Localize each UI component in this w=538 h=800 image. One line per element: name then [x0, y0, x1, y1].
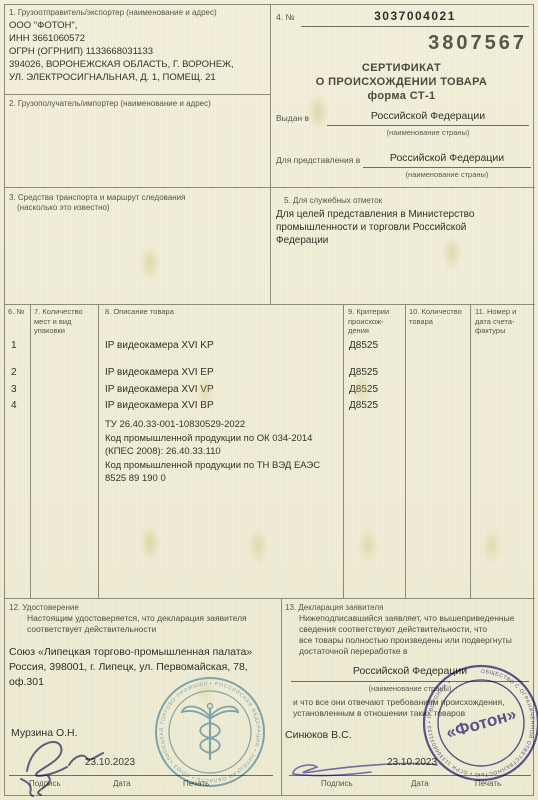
table-col-line-1 — [30, 304, 31, 598]
official-marks-text: Для целей представления в Министерство п… — [276, 208, 474, 247]
certificate-form: 1. Грузоотправитель/экспортер (наименова… — [4, 4, 534, 796]
col-header-invoice: 11. Номер и дата счета- фактуры — [475, 307, 516, 336]
row-1-criteria: Д8525 — [349, 340, 378, 351]
certification-text: Настоящим удостоверяется, что декларация… — [27, 613, 247, 635]
consignee-label: 2. Грузополучатель/импортер (наименовани… — [9, 99, 211, 109]
cert-number-label: 4. № — [276, 12, 295, 22]
declaration-label: 13. Декларация заявителя — [285, 603, 383, 613]
chamber-stamp: • РОССИЙСКАЯ ФЕДЕРАЦИЯ • ЛИПЕЦКАЯ ОБЛАСТ… — [151, 673, 269, 791]
company-stamp: ОБЩЕСТВО С ОГРАНИЧЕННОЙ ОТВЕТСТВЕННОСТЬЮ… — [419, 661, 538, 785]
col-header-description: 8. Описание товара — [105, 307, 174, 317]
presented-to-value: Российской Федерации — [363, 152, 531, 165]
certifier-signature — [13, 731, 133, 797]
company-stamp-center-text: «Фотон» — [444, 704, 519, 742]
row-1-number: 1 — [11, 340, 17, 351]
caduceus-icon — [182, 704, 238, 760]
row-4-description: IP видеокамера XVI BP — [105, 400, 214, 411]
issued-in-note: (наименование страны) — [327, 128, 529, 137]
presented-to-note: (наименование страны) — [363, 170, 531, 179]
consignor-value: ООО "ФОТОН", ИНН 3661060572 ОГРН (ОГРНИП… — [9, 19, 234, 84]
declaration-text: Нижеподписавшийся заявляет, что вышеприв… — [299, 613, 514, 657]
row-3-number: 3 — [11, 384, 17, 395]
table-col-line-3 — [343, 304, 344, 598]
divider-s1-s2 — [5, 94, 270, 95]
row-3-criteria: Д8525 — [349, 384, 378, 395]
col-header-origin-criteria: 9. Критерии происхож- дения — [348, 307, 389, 336]
table-top-border — [5, 304, 535, 305]
row-4-number: 4 — [11, 400, 17, 411]
cert-number-value: 3037004021 — [301, 9, 529, 23]
issued-in-label: Выдан в — [276, 113, 309, 123]
certificate-title: СЕРТИФИКАТ О ПРОИСХОЖДЕНИИ ТОВАРА форма … — [270, 61, 533, 103]
row-2-number: 2 — [11, 367, 17, 378]
official-marks-label: 5. Для служебных отметок — [284, 196, 382, 206]
product-codes-text: ТУ 26.40.33-001-10830529-2022 Код промыш… — [105, 418, 320, 486]
table-col-line-4 — [405, 304, 406, 598]
col-header-quantity: 10. Количество товара — [409, 307, 462, 326]
transport-label: 3. Средства транспорта и маршрут следова… — [9, 193, 185, 203]
declarant-name: Синюков В.С. — [285, 729, 352, 741]
divider-vertical-top — [270, 5, 271, 304]
certificate-page: 1. Грузоотправитель/экспортер (наименова… — [0, 0, 538, 800]
issued-in-value: Российской Федерации — [327, 110, 529, 123]
divider-vertical-bottom — [281, 598, 282, 796]
table-col-line-5 — [470, 304, 471, 598]
transport-label-note: (насколько это известно) — [17, 203, 110, 213]
row-4-criteria: Д8525 — [349, 400, 378, 411]
row-2-description: IP видеокамера XVI EP — [105, 367, 214, 378]
blank-serial-number: 3807567 — [428, 32, 527, 55]
presented-to-line — [363, 167, 531, 168]
col-header-number: 6. № — [8, 307, 24, 317]
table-bottom-border — [5, 598, 535, 599]
divider-s2-s3 — [5, 187, 535, 188]
cert-number-line — [301, 26, 529, 27]
issued-in-line — [327, 125, 529, 126]
consignor-label: 1. Грузоотправитель/экспортер (наименова… — [9, 8, 217, 18]
row-2-criteria: Д8525 — [349, 367, 378, 378]
table-col-line-2 — [98, 304, 99, 598]
certification-label: 12. Удостоверение — [9, 603, 79, 613]
col-header-packages: 7. Количество мест и вид упаковки — [34, 307, 83, 336]
presented-to-label: Для представления в — [276, 155, 360, 165]
row-1-description: IP видеокамера XVI KP — [105, 340, 214, 351]
row-3-description: IP видеокамера XVI VP — [105, 384, 214, 395]
